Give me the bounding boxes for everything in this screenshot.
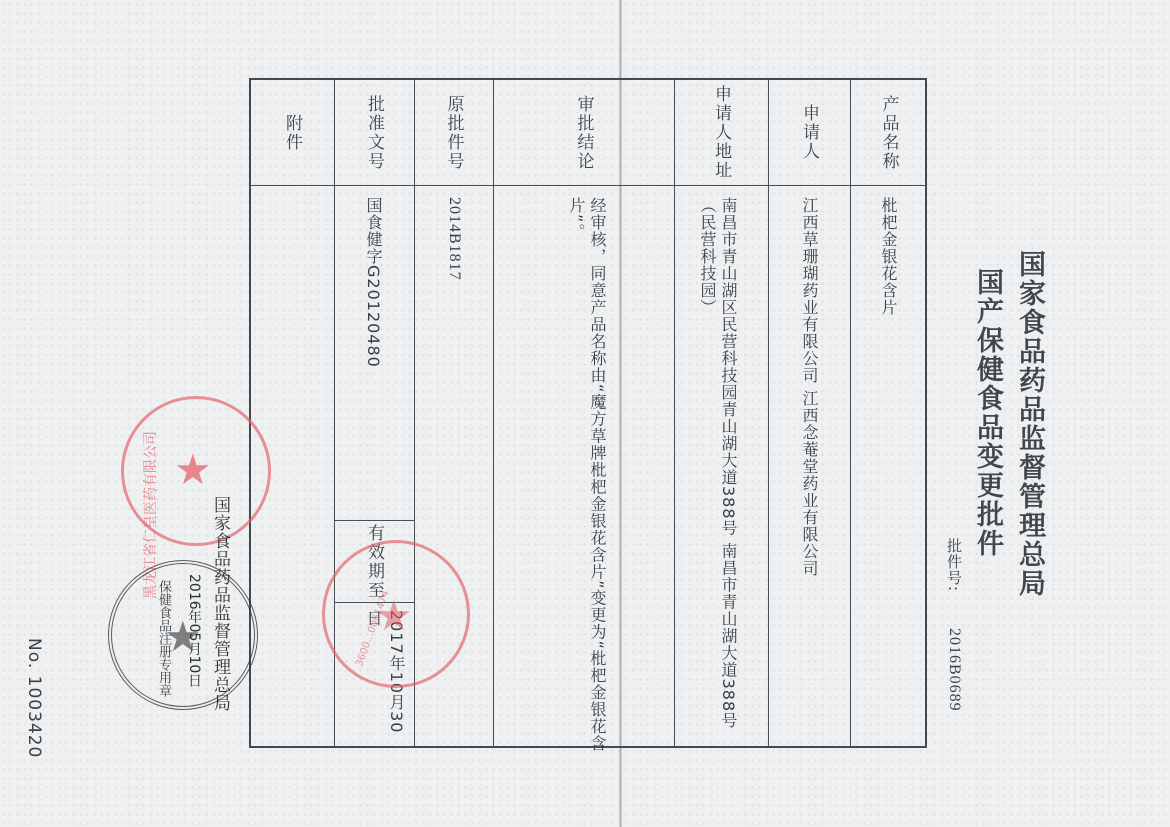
- validity-divider: [335, 520, 414, 521]
- serial-number: No. 1003420: [24, 638, 44, 758]
- company-seal-jiangxi: ★ 3600…0061474: [322, 540, 470, 688]
- row-value: 枇杷金银花含片: [878, 197, 899, 316]
- seal-date: 2016年05月10日: [184, 574, 204, 687]
- table-row-applicant: 申请人 江西草珊瑚药业有限公司 江西念菴堂药业有限公司: [768, 80, 850, 746]
- row-label: 原批件号: [442, 95, 467, 171]
- batch-number: 批件号:2016B0689: [944, 538, 965, 712]
- seal-purpose: 保健食品注册专用章: [154, 580, 173, 697]
- row-value: 经审核，同意产品名称由“魔方草牌枇杷金银花含片”变更为“枇杷金银花含片”。: [566, 197, 608, 757]
- row-value: 国食健字G20120480: [363, 197, 384, 368]
- table-row-attachment: 附件: [251, 80, 334, 746]
- batch-number-value: 2016B0689: [945, 628, 963, 712]
- row-label: 申请人地址: [709, 85, 734, 180]
- company-seal-heilongjiang: ★ 黑龙江省仁皇医药有限公司: [121, 396, 271, 546]
- row-value: 2014B1817: [444, 197, 465, 281]
- issuing-authority-title: 国家食品药品监督管理总局: [1010, 250, 1049, 598]
- table-row-product-name: 产品名称 枇杷金银花含片: [850, 80, 927, 746]
- row-label: 批准文号: [362, 95, 387, 171]
- document-title: 国产保健食品变更批件: [968, 268, 1007, 558]
- batch-number-label: 批件号:: [945, 538, 963, 592]
- row-label: 附件: [280, 114, 305, 152]
- table-row-approval-conclusion: 审批结论 经审核，同意产品名称由“魔方草牌枇杷金银花含片”变更为“枇杷金银花含片…: [493, 80, 674, 746]
- official-seal-org: 国家食品药品监督管理总局: [208, 496, 233, 712]
- official-registration-seal: ★ 2016年05月10日 保健食品注册专用章: [108, 560, 258, 710]
- row-value: 江西草珊瑚药业有限公司 江西念菴堂药业有限公司: [799, 197, 820, 577]
- row-value: 南昌市青山湖区民营科技园青山湖大道388号 南昌市青山湖大道388号（民营科技园…: [697, 197, 739, 757]
- row-label: 产品名称: [877, 95, 902, 171]
- table-row-applicant-address: 申请人地址 南昌市青山湖区民营科技园青山湖大道388号 南昌市青山湖大道388号…: [674, 80, 768, 746]
- row-label: 审批结论: [572, 95, 597, 171]
- row-label: 申请人: [797, 104, 822, 161]
